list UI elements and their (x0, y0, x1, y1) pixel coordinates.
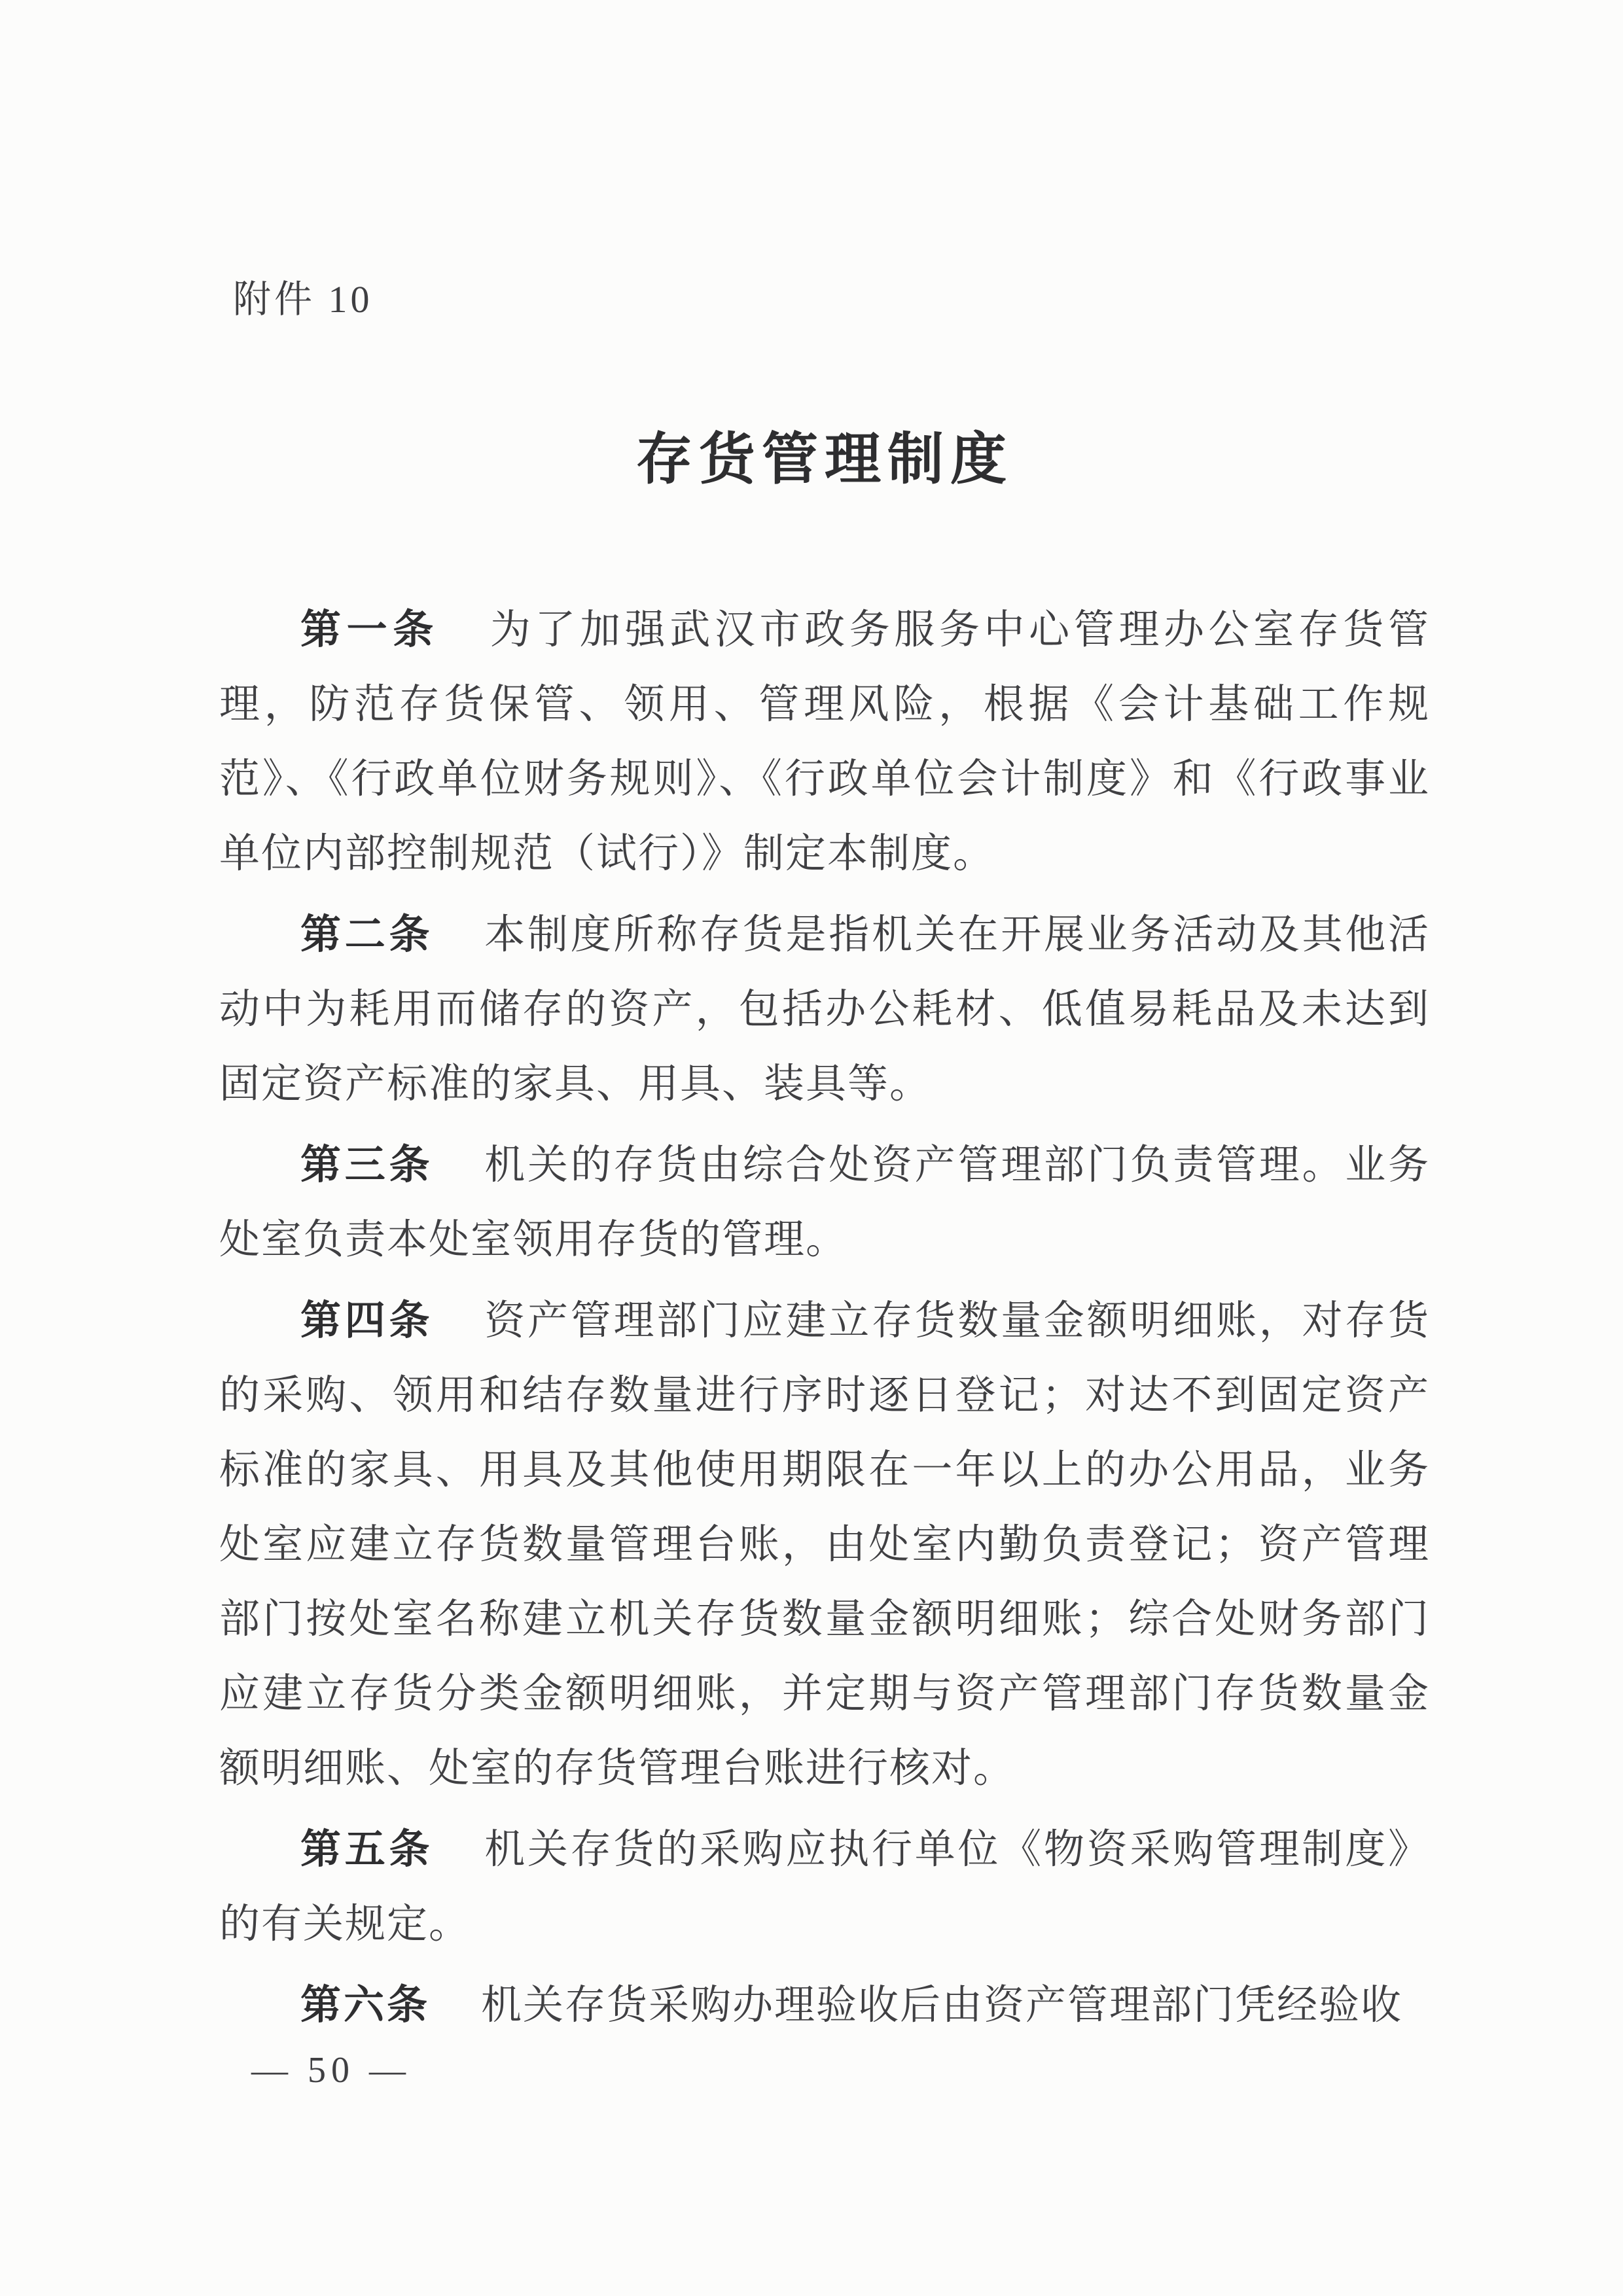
article-number: 第一条 (300, 607, 439, 652)
article-number: 第五条 (300, 1827, 433, 1872)
article-paragraph: 第四条资产管理部门应建立存货数量金额明细账，对存货的采购、领用和结存数量进行序时… (219, 1284, 1430, 1806)
article-number: 第二条 (300, 912, 433, 957)
article-paragraph: 第三条机关的存货由综合处资产管理部门负责管理。业务处室负责本处室领用存货的管理。 (219, 1128, 1430, 1277)
document-title: 存货管理制度 (219, 427, 1430, 492)
article-paragraph: 第二条本制度所称存货是指机关在开展业务活动及其他活动中为耗用而储存的资产，包括办… (219, 898, 1430, 1122)
article-text: 资产管理部门应建立存货数量金额明细账，对存货的采购、领用和结存数量进行序时逐日登… (219, 1299, 1430, 1791)
article-number: 第六条 (300, 1983, 430, 2028)
document-page: 附件 10 存货管理制度 第一条为了加强武汉市政务服务中心管理办公室存货管理，防… (0, 0, 1623, 2296)
article-text: 机关存货采购办理验收后由资产管理部门凭经验收 (481, 1983, 1402, 2028)
article-number: 第三条 (300, 1142, 433, 1188)
article-paragraph: 第五条机关存货的采购应执行单位《物资采购管理制度》的有关规定。 (219, 1812, 1430, 1962)
document-body: 第一条为了加强武汉市政务服务中心管理办公室存货管理，防范存货保管、领用、管理风险… (219, 593, 1430, 2043)
article-paragraph: 第一条为了加强武汉市政务服务中心管理办公室存货管理，防范存货保管、领用、管理风险… (219, 593, 1430, 891)
article-number: 第四条 (300, 1298, 433, 1343)
page-number: — 50 — (251, 2049, 411, 2091)
article-paragraph: 第六条机关存货采购办理验收后由资产管理部门凭经验收 (219, 1968, 1430, 2043)
attachment-label: 附件 10 (233, 268, 373, 323)
